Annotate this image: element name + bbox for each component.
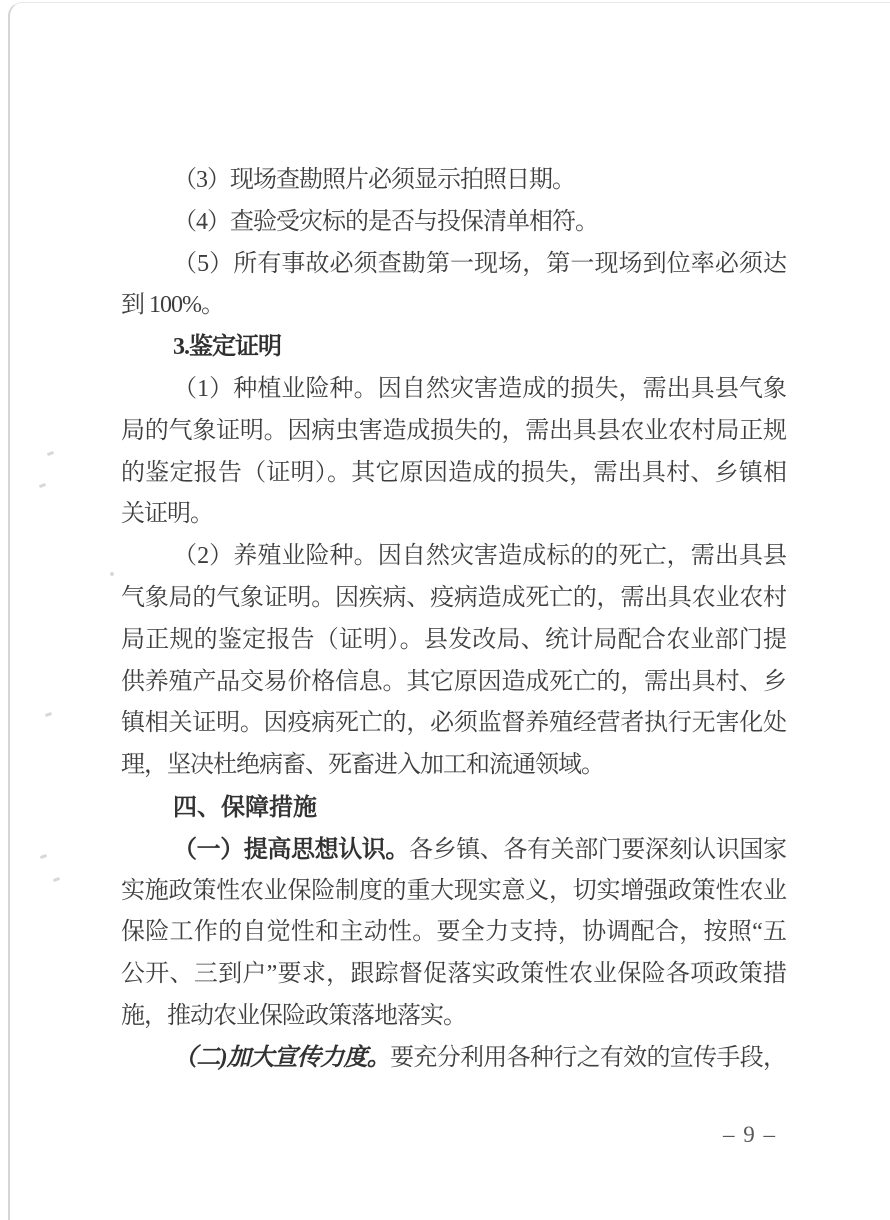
text-line: 公开、三到户”要求，跟踪督促落实政策性农业保险各项政策措 [121, 954, 786, 996]
emphasis-segment: 3.鉴定证明 [173, 334, 281, 360]
text-line: 局的气象证明。因病虫害造成损失的，需出具县农业农村局正规 [121, 411, 786, 453]
text-line: 供养殖产品交易价格信息。其它原因造成死亡的，需出具村、乡 [121, 662, 786, 704]
emphasis-segment: 四、保障措施 [173, 794, 317, 821]
text-segment: 供养殖产品交易价格信息。其它原因造成死亡的，需出具村、乡 [121, 669, 786, 695]
text-segment: （1）种植业险种。因自然灾害造成的损失，需出具县气象 [173, 376, 786, 402]
text-line: 保险工作的自觉性和主动性。要全力支持，协调配合，按照“五 [121, 912, 786, 954]
scan-speck [109, 571, 114, 576]
text-line: 的鉴定报告（证明）。其它原因造成的损失，需出具村、乡镇相 [121, 453, 786, 495]
text-segment: 局正规的鉴定报告（证明）。县发改局、统计局配合农业部门提 [121, 627, 786, 653]
text-segment: 的鉴定报告（证明）。其它原因造成的损失，需出具村、乡镇相 [121, 460, 786, 486]
text-segment: 到 100%。 [121, 292, 224, 318]
text-segment: 保险工作的自觉性和主动性。要全力支持，协调配合，按照“五 [121, 919, 786, 945]
text-line: 到 100%。 [121, 285, 786, 327]
text-line: （4）查验受灾标的是否与投保清单相符。 [121, 202, 786, 244]
scan-speck [39, 483, 47, 488]
text-line: 四、保障措施 [121, 787, 786, 829]
text-segment: （2）养殖业险种。因自然灾害造成标的的死亡，需出具县 [173, 543, 786, 569]
text-line: 3.鉴定证明 [121, 327, 786, 369]
document-body: （3）现场查勘照片必须显示拍照日期。（4）查验受灾标的是否与投保清单相符。（5）… [121, 160, 786, 1080]
scanned-document-page: （3）现场查勘照片必须显示拍照日期。（4）查验受灾标的是否与投保清单相符。（5）… [0, 0, 890, 1220]
text-segment: 局的气象证明。因病虫害造成损失的，需出具县农业农村局正规 [121, 418, 786, 444]
scan-speck [45, 712, 53, 717]
text-segment: （3）现场查勘照片必须显示拍照日期。 [173, 167, 575, 193]
text-line: （二)加大宣传力度。要充分利用各种行之有效的宣传手段， [121, 1038, 786, 1080]
text-line: 施，推动农业保险政策落地落实。 [121, 996, 786, 1038]
text-line: （3）现场查勘照片必须显示拍照日期。 [121, 160, 786, 202]
text-line: （5）所有事故必须查勘第一现场，第一现场到位率必须达 [121, 244, 786, 286]
emphasis-segment: （二)加大宣传力度。 [173, 1045, 390, 1071]
text-segment: （5）所有事故必须查勘第一现场，第一现场到位率必须达 [173, 251, 786, 277]
text-segment: 实施政策性农业保险制度的重大现实意义，切实增强政策性农业 [121, 878, 786, 904]
scan-speck [47, 451, 55, 456]
page-number: – 9 – [723, 1122, 777, 1148]
text-segment: 各乡镇、各有关部门要深刻认识国家 [409, 837, 786, 863]
text-segment: 气象局的气象证明。因疾病、疫病造成死亡的，需出具农业农村 [121, 585, 786, 611]
text-segment: （4）查验受灾标的是否与投保清单相符。 [173, 209, 598, 235]
text-line: 镇相关证明。因疫病死亡的，必须监督养殖经营者执行无害化处 [121, 703, 786, 745]
text-segment: 关证明。 [121, 501, 213, 527]
text-line: （1）种植业险种。因自然灾害造成的损失，需出具县气象 [121, 369, 786, 411]
text-segment: 施，推动农业保险政策落地落实。 [121, 1003, 466, 1029]
text-line: （一）提高思想认识。各乡镇、各有关部门要深刻认识国家 [121, 829, 786, 871]
text-segment: 镇相关证明。因疫病死亡的，必须监督养殖经营者执行无害化处 [121, 710, 786, 736]
emphasis-segment: （一）提高思想认识。 [173, 836, 409, 863]
text-segment: 公开、三到户”要求，跟踪督促落实政策性农业保险各项政策措 [121, 961, 786, 987]
text-line: 理，坚决杜绝病畜、死畜进入加工和流通领域。 [121, 745, 786, 787]
text-line: 实施政策性农业保险制度的重大现实意义，切实增强政策性农业 [121, 871, 786, 913]
text-line: （2）养殖业险种。因自然灾害造成标的的死亡，需出具县 [121, 536, 786, 578]
text-line: 局正规的鉴定报告（证明）。县发改局、统计局配合农业部门提 [121, 620, 786, 662]
scan-speck [40, 854, 48, 859]
text-line: 关证明。 [121, 494, 786, 536]
text-segment: 要充分利用各种行之有效的宣传手段， [390, 1045, 786, 1071]
text-segment: 理，坚决杜绝病畜、死畜进入加工和流通领域。 [121, 752, 604, 778]
text-line: 气象局的气象证明。因疾病、疫病造成死亡的，需出具农业农村 [121, 578, 786, 620]
scan-speck [53, 877, 61, 882]
